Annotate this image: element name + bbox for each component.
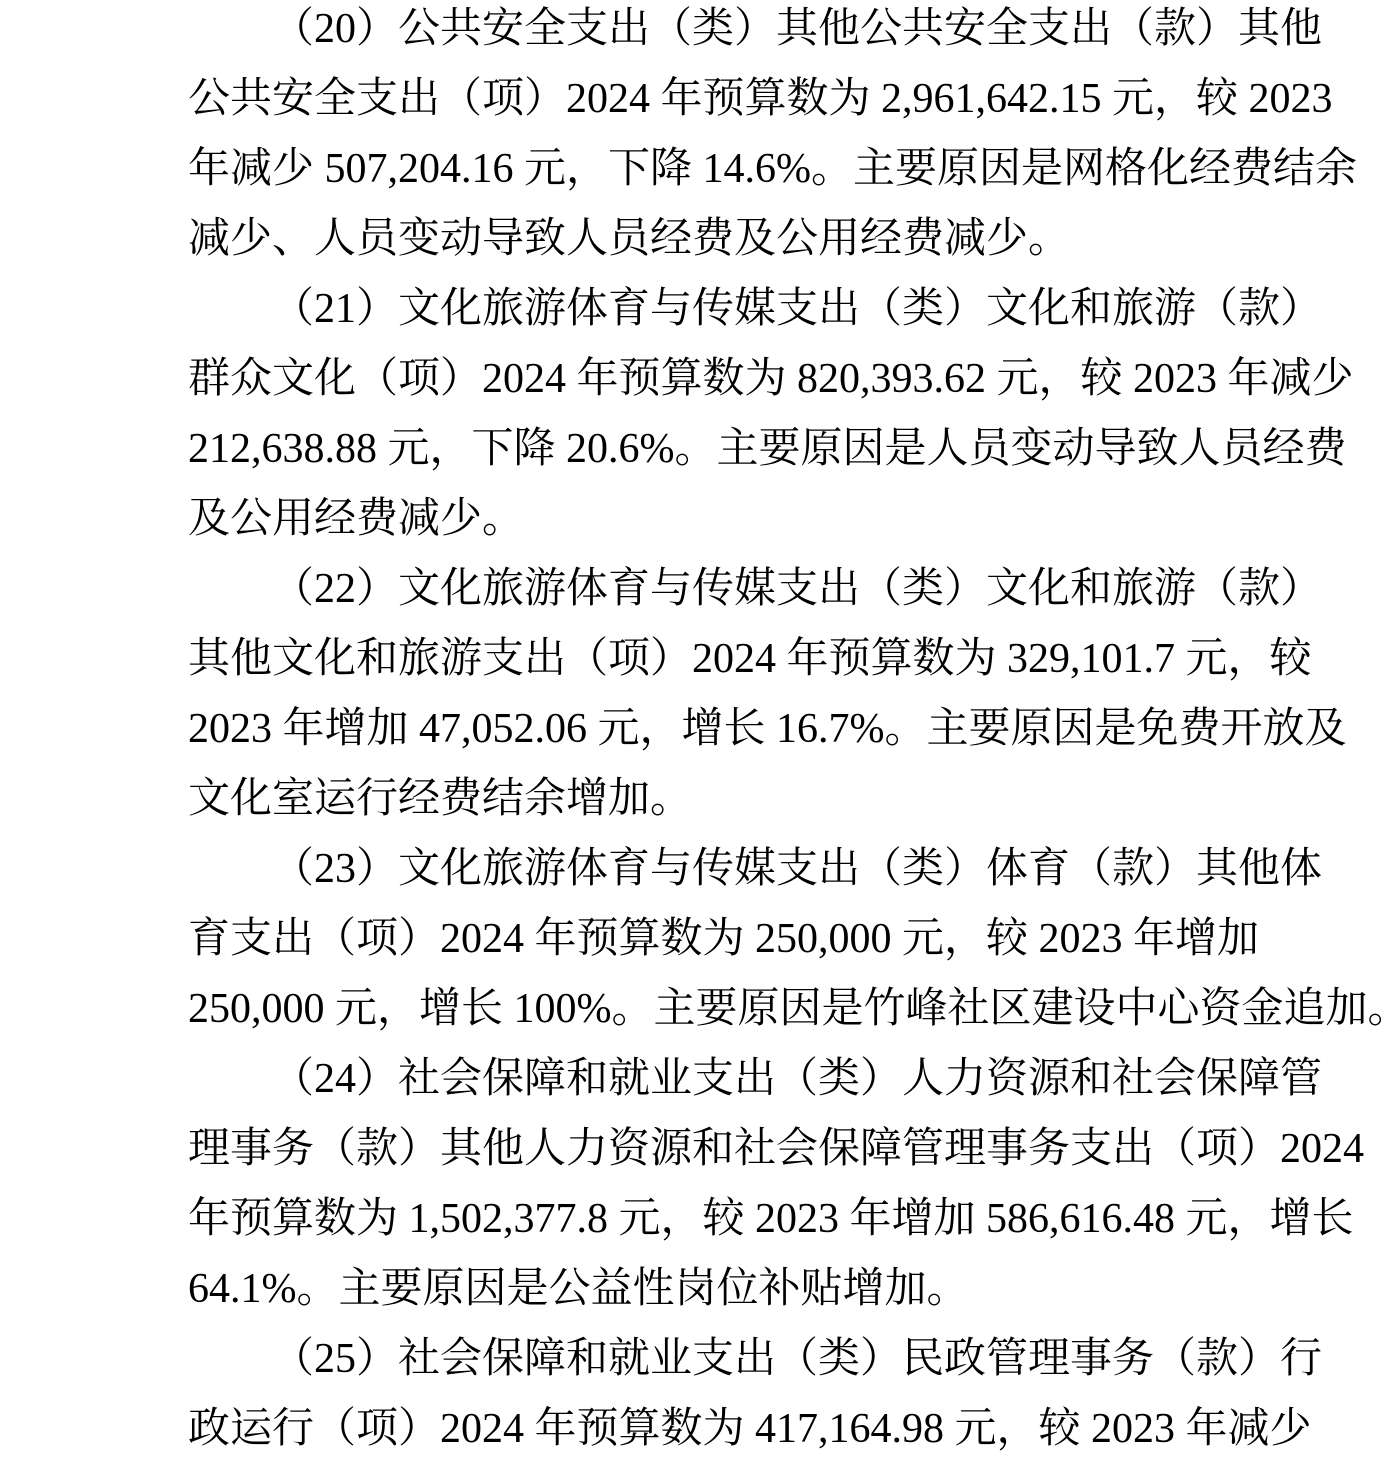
document-page: （20）公共安全支出（类）其他公共安全支出（款）其他 公共安全支出（项）2024… xyxy=(0,0,1399,1458)
text-line: 公共安全支出（项）2024 年预算数为 2,961,642.15 元，较 202… xyxy=(188,64,1230,134)
text-line: 64.1%。主要原因是公益性岗位补贴增加。 xyxy=(188,1254,1230,1324)
text-line: 文化室运行经费结余增加。 xyxy=(188,764,1230,834)
text-line: 育支出（项）2024 年预算数为 250,000 元，较 2023 年增加 xyxy=(188,904,1230,974)
text-line: 群众文化（项）2024 年预算数为 820,393.62 元，较 2023 年减… xyxy=(188,344,1230,414)
text-line: （22）文化旅游体育与传媒支出（类）文化和旅游（款） xyxy=(188,554,1230,624)
paragraph-23: （23）文化旅游体育与传媒支出（类）体育（款）其他体 育支出（项）2024 年预… xyxy=(188,834,1230,1044)
text-line: 及公用经费减少。 xyxy=(188,484,1230,554)
text-line: （24）社会保障和就业支出（类）人力资源和社会保障管 xyxy=(188,1044,1230,1114)
text-line: 年减少 507,204.16 元，下降 14.6%。主要原因是网格化经费结余 xyxy=(188,134,1230,204)
text-line: （20）公共安全支出（类）其他公共安全支出（款）其他 xyxy=(188,0,1230,64)
paragraph-24: （24）社会保障和就业支出（类）人力资源和社会保障管 理事务（款）其他人力资源和… xyxy=(188,1044,1230,1324)
text-line: 212,638.88 元，下降 20.6%。主要原因是人员变动导致人员经费 xyxy=(188,414,1230,484)
text-line: （25）社会保障和就业支出（类）民政管理事务（款）行 xyxy=(188,1324,1230,1394)
budget-text-block: （20）公共安全支出（类）其他公共安全支出（款）其他 公共安全支出（项）2024… xyxy=(188,0,1230,1458)
text-line: 250,000 元，增长 100%。主要原因是竹峰社区建设中心资金追加。 xyxy=(188,974,1230,1044)
text-line: 理事务（款）其他人力资源和社会保障管理事务支出（项）2024 xyxy=(188,1114,1230,1184)
text-line: （21）文化旅游体育与传媒支出（类）文化和旅游（款） xyxy=(188,274,1230,344)
paragraph-25: （25）社会保障和就业支出（类）民政管理事务（款）行 政运行（项）2024 年预… xyxy=(188,1324,1230,1458)
paragraph-22: （22）文化旅游体育与传媒支出（类）文化和旅游（款） 其他文化和旅游支出（项）2… xyxy=(188,554,1230,834)
text-line: 年预算数为 1,502,377.8 元，较 2023 年增加 586,616.4… xyxy=(188,1184,1230,1254)
text-line: 2023 年增加 47,052.06 元，增长 16.7%。主要原因是免费开放及 xyxy=(188,694,1230,764)
text-line: 减少、人员变动导致人员经费及公用经费减少。 xyxy=(188,204,1230,274)
text-line: 其他文化和旅游支出（项）2024 年预算数为 329,101.7 元，较 xyxy=(188,624,1230,694)
paragraph-21: （21）文化旅游体育与传媒支出（类）文化和旅游（款） 群众文化（项）2024 年… xyxy=(188,274,1230,554)
paragraph-20: （20）公共安全支出（类）其他公共安全支出（款）其他 公共安全支出（项）2024… xyxy=(188,0,1230,274)
text-line: （23）文化旅游体育与传媒支出（类）体育（款）其他体 xyxy=(188,834,1230,904)
text-line: 政运行（项）2024 年预算数为 417,164.98 元，较 2023 年减少 xyxy=(188,1394,1230,1458)
